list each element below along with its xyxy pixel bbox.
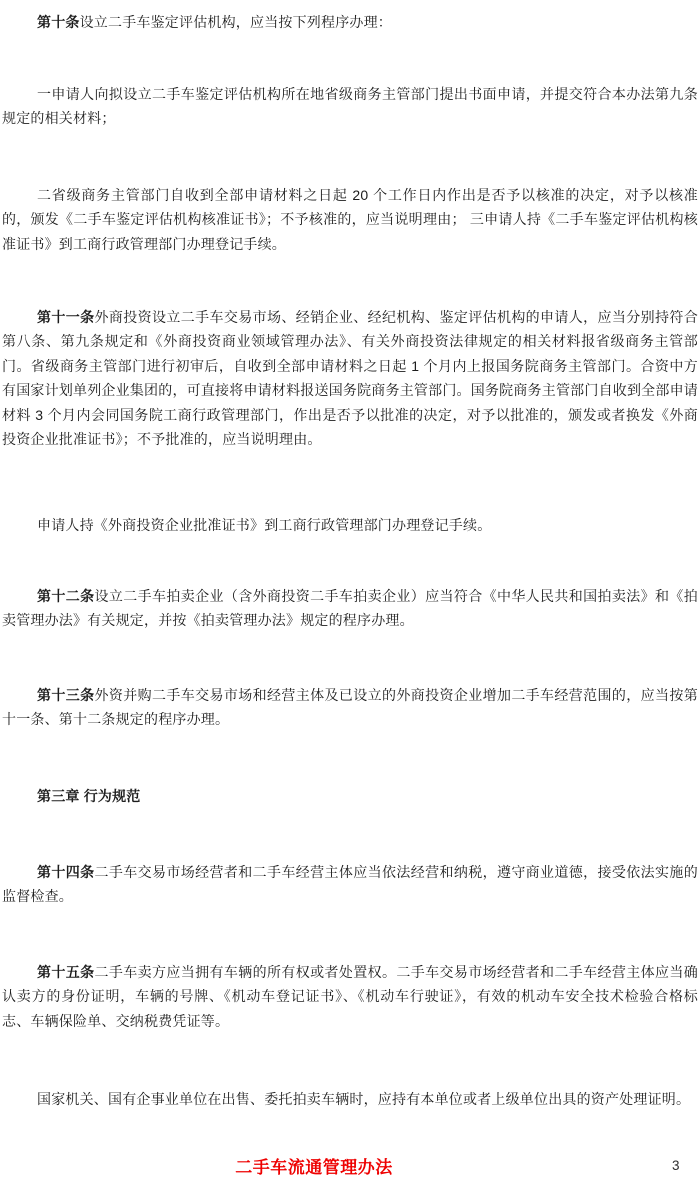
item-2-3-text: 二省级商务主管部门自收到全部申请材料之日起 20 个工作日内作出是否予以核准的决…: [2, 187, 698, 252]
article-10-label: 第十条: [37, 14, 80, 30]
paragraph-article-13: 第十三条外资并购二手车交易市场和经营主体及已设立的外商投资企业增加二手车经营范围…: [2, 683, 698, 732]
article-15-text: 二手车卖方应当拥有车辆的所有权或者处置权。二手车交易市场经营者和二手车经营主体应…: [2, 964, 698, 1029]
paragraph-article-10: 第十条设立二手车鉴定评估机构，应当按下列程序办理：: [2, 10, 698, 34]
paragraph-item-1: 一申请人向拟设立二手车鉴定评估机构所在地省级商务主管部门提出书面申请，并提交符合…: [2, 82, 698, 131]
article-11-label: 第十一条: [37, 309, 95, 325]
footer-document-title: 二手车流通管理办法: [0, 1153, 628, 1178]
paragraph-article-11: 第十一条外商投资设立二手车交易市场、经销企业、经纪机构、鉴定评估机构的申请人，应…: [2, 305, 698, 451]
article-13-text: 外资并购二手车交易市场和经营主体及已设立的外商投资企业增加二手车经营范围的，应当…: [2, 687, 698, 727]
paragraph-article-15: 第十五条二手车卖方应当拥有车辆的所有权或者处置权。二手车交易市场经营者和二手车经…: [2, 960, 698, 1033]
paragraph-article-11-cont: 申请人持《外商投资企业批准证书》到工商行政管理部门办理登记手续。: [2, 513, 698, 537]
article-15-cont-text: 国家机关、国有企事业单位在出售、委托拍卖车辆时，应持有本单位或者上级单位出具的资…: [37, 1091, 690, 1107]
paragraph-article-12: 第十二条设立二手车拍卖企业（含外商投资二手车拍卖企业）应当符合《中华人民共和国拍…: [2, 584, 698, 633]
chapter-3-heading-text: 第三章 行为规范: [37, 788, 141, 804]
item-1-text: 一申请人向拟设立二手车鉴定评估机构所在地省级商务主管部门提出书面申请，并提交符合…: [2, 86, 698, 126]
document-page: 第十条设立二手车鉴定评估机构，应当按下列程序办理： 一申请人向拟设立二手车鉴定评…: [0, 0, 700, 1182]
page-number: 3: [672, 1158, 680, 1173]
paragraph-item-2-3: 二省级商务主管部门自收到全部申请材料之日起 20 个工作日内作出是否予以核准的决…: [2, 183, 698, 256]
paragraph-article-15-cont: 国家机关、国有企事业单位在出售、委托拍卖车辆时，应持有本单位或者上级单位出具的资…: [2, 1087, 698, 1111]
article-11-text: 外商投资设立二手车交易市场、经销企业、经纪机构、鉴定评估机构的申请人，应当分别持…: [2, 309, 698, 447]
article-13-label: 第十三条: [37, 687, 95, 703]
article-14-text: 二手车交易市场经营者和二手车经营主体应当依法经营和纳税，遵守商业道德，接受依法实…: [2, 864, 698, 904]
paragraph-article-14: 第十四条二手车交易市场经营者和二手车经营主体应当依法经营和纳税，遵守商业道德，接…: [2, 860, 698, 909]
article-11-cont-text: 申请人持《外商投资企业批准证书》到工商行政管理部门办理登记手续。: [37, 517, 491, 533]
article-12-text: 设立二手车拍卖企业（含外商投资二手车拍卖企业）应当符合《中华人民共和国拍卖法》和…: [2, 588, 698, 628]
chapter-3-heading: 第三章 行为规范: [2, 784, 698, 808]
article-14-label: 第十四条: [37, 864, 95, 880]
article-10-text: 设立二手车鉴定评估机构，应当按下列程序办理：: [80, 14, 392, 30]
article-15-label: 第十五条: [37, 964, 95, 980]
article-12-label: 第十二条: [37, 588, 95, 604]
